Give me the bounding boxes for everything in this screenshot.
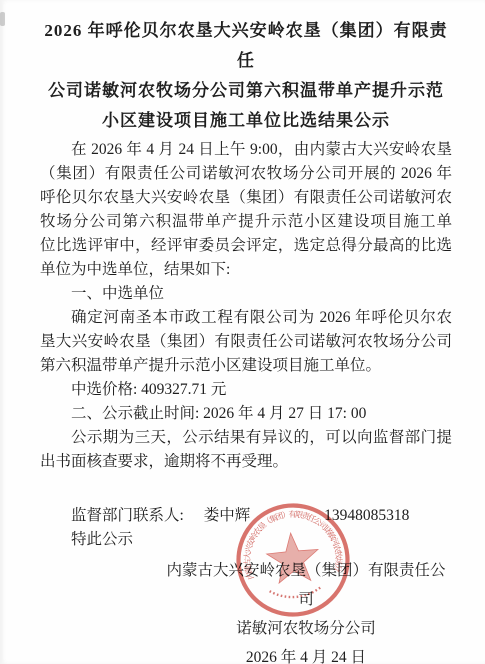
price-line: 中选价格: 409327.71 元: [40, 378, 452, 402]
closing-statement: 特此公示: [40, 528, 452, 552]
scan-artifact: [0, 12, 5, 26]
document-content: 2026 年呼伦贝尔农垦大兴安岭农垦（集团）有限责任 公司诺敏河农牧场分公司第六…: [0, 0, 485, 664]
paragraph-line: 公示期为三天，公示结果有异议的，可以向监督部门提: [40, 426, 452, 450]
contact-phone: 13948085318: [324, 507, 409, 524]
paragraph-line: （集团）有限责任公司诺敏河农牧场分公司开展的 2026 年: [40, 162, 452, 186]
section1-paragraph: 确定河南圣本市政工程有限公司为 2026 年呼伦贝尔农 垦大兴安岭农垦（集团）有…: [40, 306, 452, 378]
signature-company: 内蒙古大兴安岭农垦（集团）有限责任公司: [160, 556, 452, 614]
supervisor-contact-row: 监督部门联系人: 娄中辉 13948085318: [40, 504, 452, 528]
paragraph-line: 垦大兴安岭农垦（集团）有限责任公司诺敏河农牧场分公司: [40, 330, 452, 354]
document-title: 2026 年呼伦贝尔农垦大兴安岭农垦（集团）有限责任 公司诺敏河农牧场分公司第六…: [40, 16, 452, 136]
paragraph-line: 位比选评审中，经评审委员会评定，选定总得分最高的比选: [40, 234, 452, 258]
paragraph-line: 在 2026 年 4 月 24 日上午 9:00，由内蒙古大兴安岭农垦: [40, 138, 452, 162]
title-line: 公司诺敏河农牧场分公司第六积温带单产提升示范: [40, 76, 452, 106]
paragraph-line: 出书面核查要求，逾期将不再受理。: [40, 450, 452, 474]
title-line: 2026 年呼伦贝尔农垦大兴安岭农垦（集团）有限责任: [40, 16, 452, 76]
contact-label: 监督部门联系人:: [71, 507, 184, 524]
title-line: 小区建设项目施工单位比选结果公示: [40, 106, 452, 136]
paragraph-line: 呼伦贝尔农垦大兴安岭农垦（集团）有限责任公司诺敏河农: [40, 186, 452, 210]
paragraph-line: 单位为中选单位，结果如下:: [40, 258, 452, 282]
notice-paragraph: 公示期为三天，公示结果有异议的，可以向监督部门提 出书面核查要求，逾期将不再受理…: [40, 426, 452, 474]
signature-branch: 诺敏河农牧场分公司: [160, 614, 452, 643]
paragraph-line: 第六积温带单产提升示范小区建设项目施工单位。: [40, 354, 452, 378]
intro-paragraph: 在 2026 年 4 月 24 日上午 9:00，由内蒙古大兴安岭农垦 （集团）…: [40, 138, 452, 282]
contact-name: 娄中辉: [204, 507, 251, 524]
scanned-notice-page: 2026 年呼伦贝尔农垦大兴安岭农垦（集团）有限责任 公司诺敏河农牧场分公司第六…: [0, 0, 485, 664]
deadline-line: 二、公示截止时间: 2026 年 4 月 27 日 17: 00: [40, 402, 452, 426]
paragraph-line: 牧场分公司第六积温带单产提升示范小区建设项目施工单: [40, 210, 452, 234]
paragraph-line: 确定河南圣本市政工程有限公司为 2026 年呼伦贝尔农: [40, 306, 452, 330]
signature-block: 内蒙古大兴安岭农垦（集团）有限责任公司 诺敏河农牧场分公司 2026 年 4 月…: [40, 556, 452, 664]
signature-date: 2026 年 4 月 24 日: [160, 643, 452, 664]
section1-heading: 一、中选单位: [40, 282, 452, 306]
